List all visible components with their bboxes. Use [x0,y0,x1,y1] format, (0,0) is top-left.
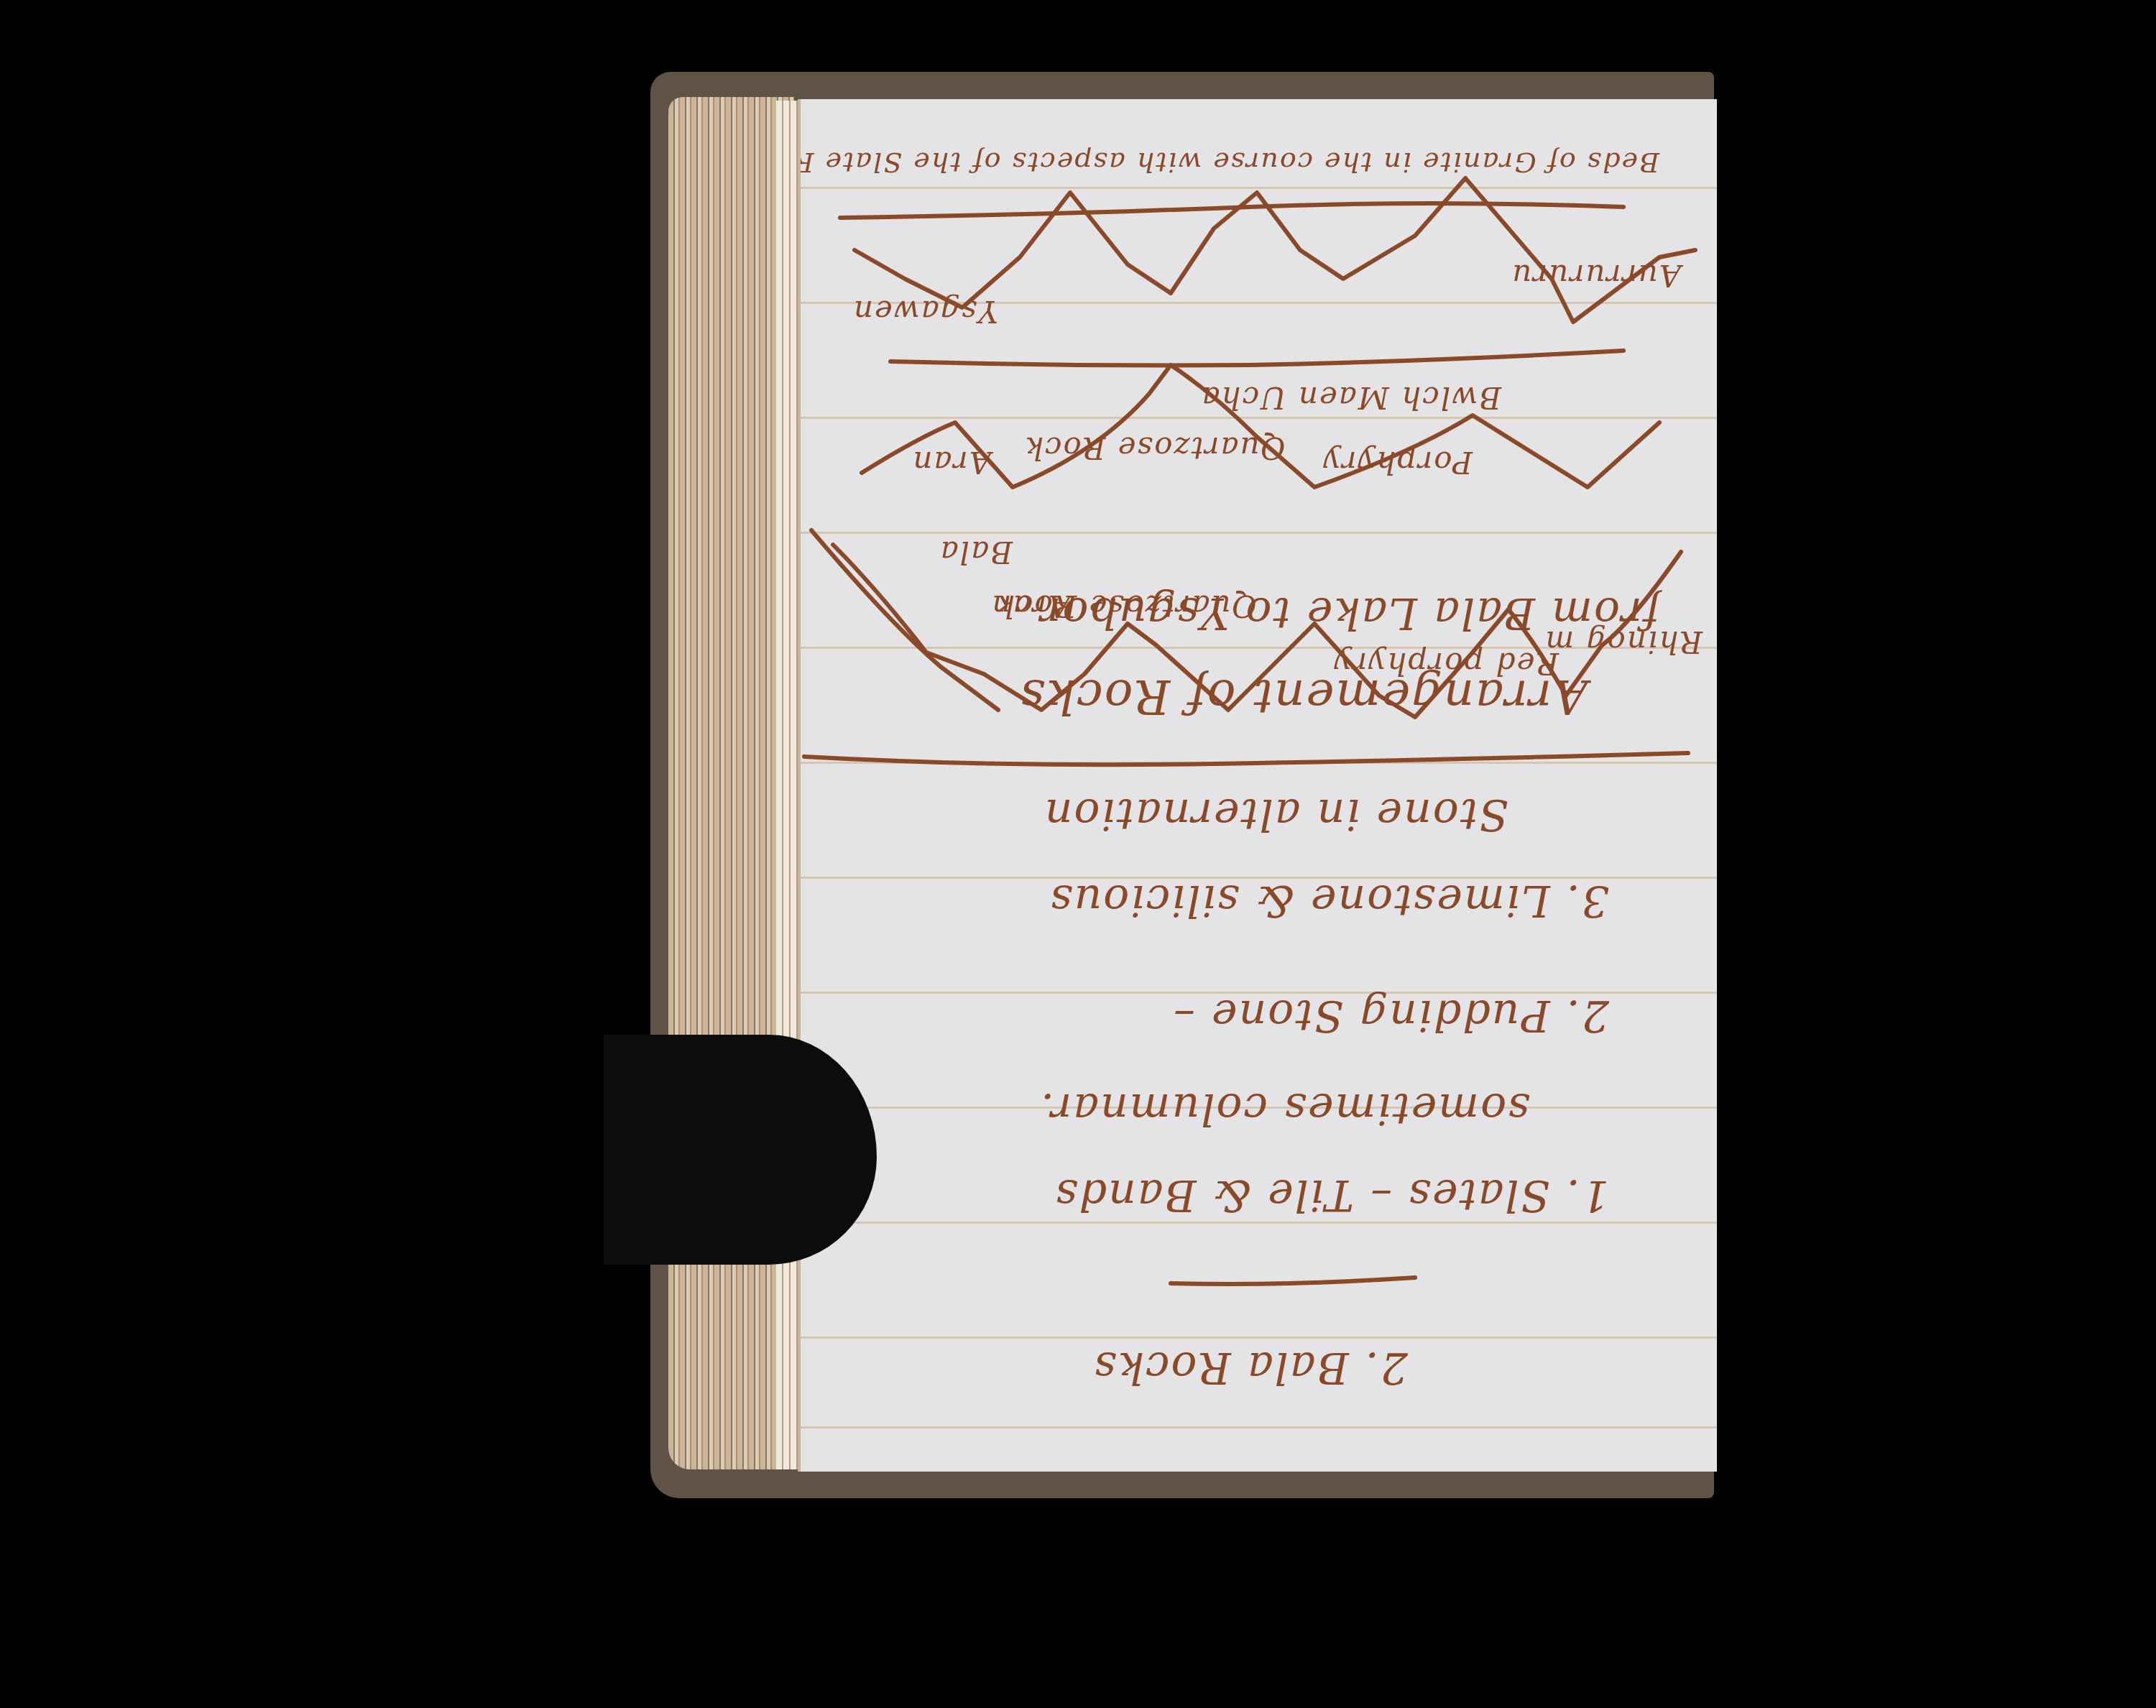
sketch-label-porphyry: Porphyry [1322,445,1473,480]
sketch-label-quartzose-rock: Quartzose Rock [995,588,1257,624]
page-holder-clip [604,1035,877,1265]
sketch-note: Beds of Granite in the course with aspec… [798,147,1659,178]
sketch-label-rhinog: Rhinog m [1544,624,1703,660]
sketch-label-red-porphyry: Red porphyry [1333,646,1559,681]
sketch-label-ysgawen: Ysgawen [852,294,998,329]
sketch-label-quartzose-rock-2: Quartzose Rock [1023,430,1286,466]
sketch-label-bala: Bala [939,535,1013,570]
page-content-rotated: 2. Bala Rocks 1. Slates – Tile & Bands s… [801,99,1717,1472]
sketch-label-aran-2: Aran [912,445,992,480]
sketch-label-bwlch: Bwlch Maen Ucha [1201,380,1501,415]
notebook-page: 2. Bala Rocks 1. Slates – Tile & Bands s… [798,99,1717,1472]
sketch-label-aurrururu: Aurrururu [1511,258,1681,293]
